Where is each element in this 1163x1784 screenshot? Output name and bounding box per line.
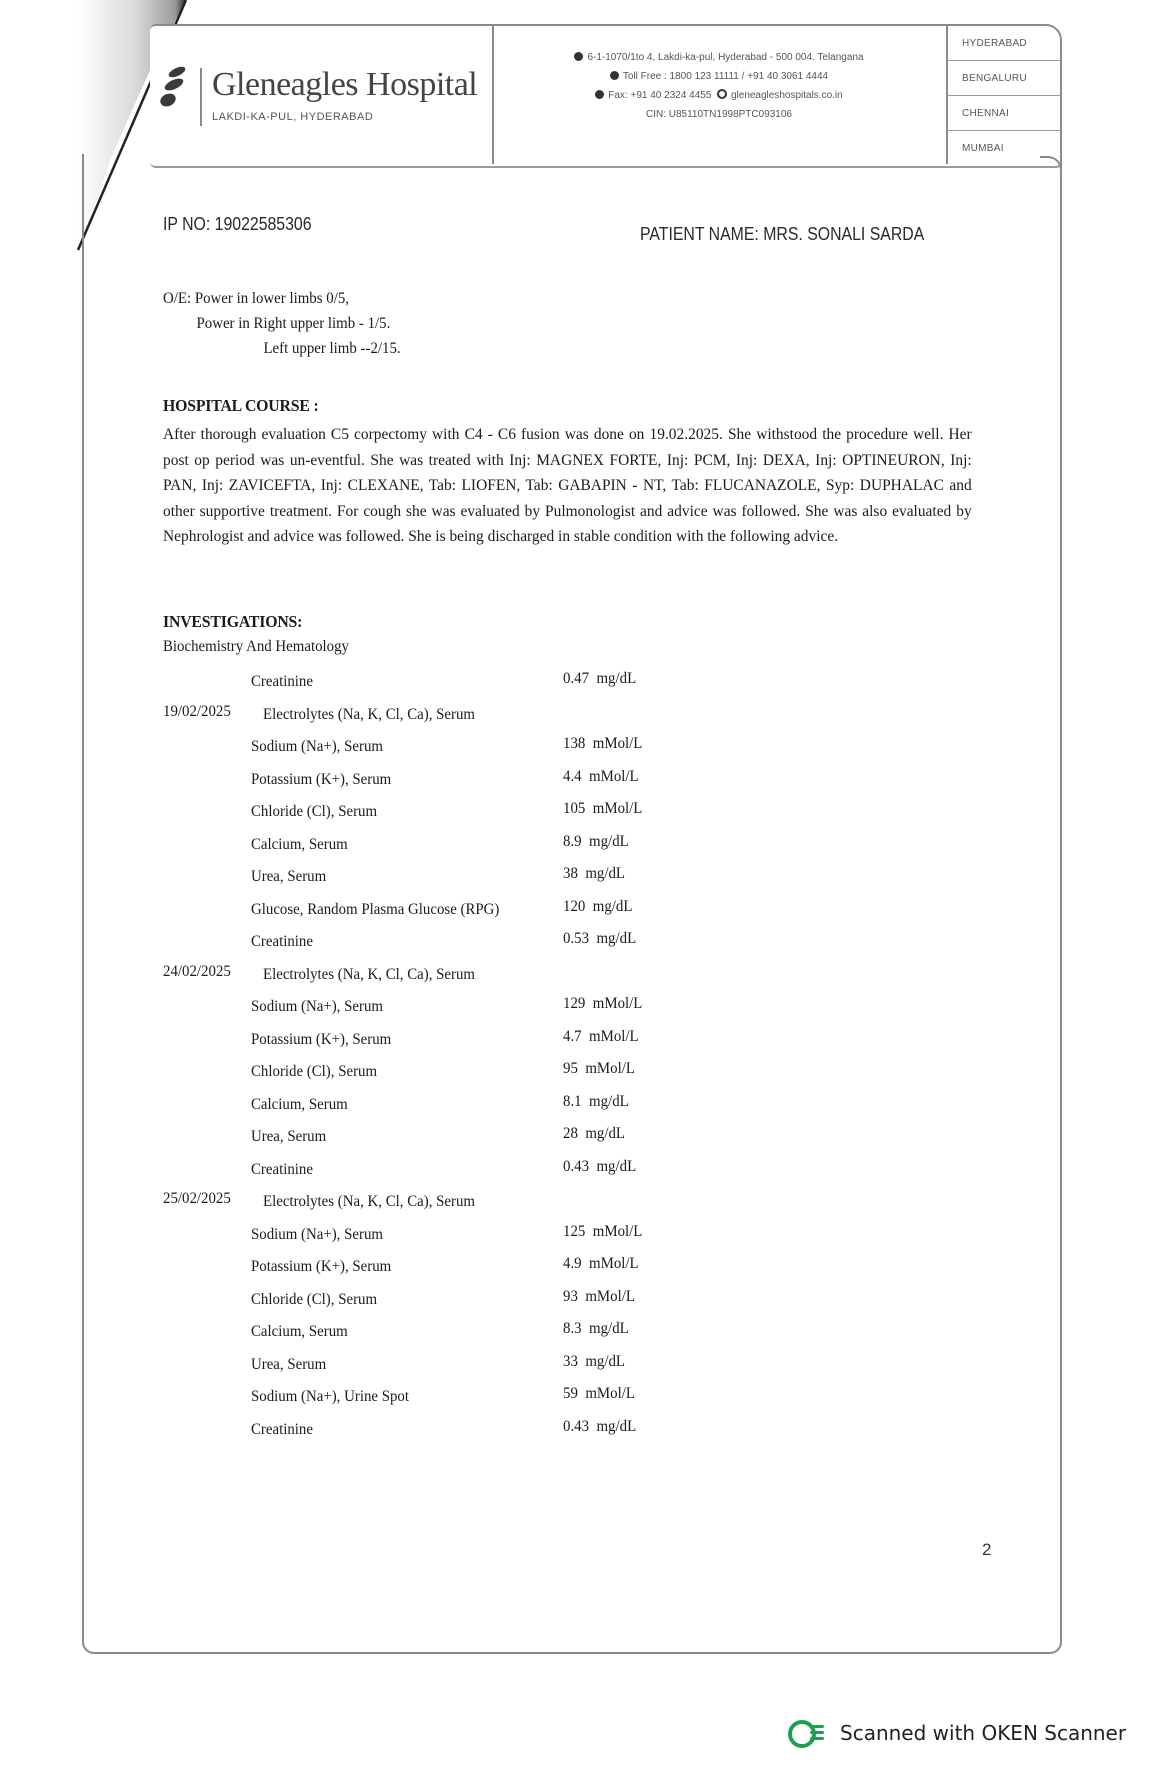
lab-test-name: Calcium, Serum (251, 833, 521, 856)
lab-value: 4.4 mMol/L (563, 768, 639, 786)
lab-test-name: Sodium (Na+), Serum (251, 995, 521, 1018)
hospital-logo: Gleneagles Hospital LAKDI-KA-PUL, HYDERA… (160, 58, 477, 126)
lab-test-name: Glucose, Random Plasma Glucose (RPG) (251, 898, 521, 921)
lab-test-name: Sodium (Na+), Serum (251, 735, 521, 758)
lab-value: 8.3 mg/dL (563, 1320, 629, 1338)
lab-value: 105 mMol/L (563, 800, 642, 818)
city-chennai: CHENNAI (948, 96, 1060, 131)
lab-value: 95 mMol/L (563, 1060, 635, 1078)
phone-icon (610, 71, 619, 80)
lab-result-row: Glucose, Random Plasma Glucose (RPG)120 … (163, 892, 703, 925)
lab-result-row: Creatinine0.53 mg/dL (163, 924, 703, 957)
lab-group-row: 24/02/2025Electrolytes (Na, K, Cl, Ca), … (163, 957, 703, 990)
website-link: gleneagleshospitals.co.in (731, 90, 843, 101)
globe-icon (717, 89, 727, 99)
hospital-location: LAKDI-KA-PUL, HYDERABAD (212, 111, 477, 123)
lab-test-name: Electrolytes (Na, K, Cl, Ca), Serum (263, 963, 533, 986)
lab-result-row: Chloride (Cl), Serum95 mMol/L (163, 1054, 703, 1087)
lab-value: 38 mg/dL (563, 865, 625, 883)
lab-test-name: Potassium (K+), Serum (251, 1255, 521, 1278)
address-line: 6-1-1070/1to 4, Lakdi-ka-pul, Hyderabad … (494, 48, 944, 67)
lab-result-row: Sodium (Na+), Urine Spot59 mMol/L (163, 1379, 703, 1412)
lab-result-row: Creatinine0.43 mg/dL (163, 1152, 703, 1185)
lab-test-name: Sodium (Na+), Serum (251, 1223, 521, 1246)
lab-value: 0.43 mg/dL (563, 1418, 636, 1436)
logo-divider (200, 68, 202, 126)
lab-result-row: Chloride (Cl), Serum105 mMol/L (163, 794, 703, 827)
lab-date: 25/02/2025 (163, 1190, 231, 1208)
examination-findings: O/E: Power in lower limbs 0/5, Power in … (163, 286, 401, 361)
lab-value: 129 mMol/L (563, 995, 642, 1013)
lab-test-name: Creatinine (251, 1418, 521, 1441)
fax-icon (595, 90, 604, 99)
lab-test-name: Calcium, Serum (251, 1320, 521, 1343)
lab-value: 28 mg/dL (563, 1125, 625, 1143)
lab-date: 24/02/2025 (163, 963, 231, 981)
lab-value: 93 mMol/L (563, 1288, 635, 1306)
contact-block: 6-1-1070/1to 4, Lakdi-ka-pul, Hyderabad … (492, 26, 944, 164)
lab-test-name: Electrolytes (Na, K, Cl, Ca), Serum (263, 703, 533, 726)
city-list: HYDERABAD BENGALURU CHENNAI MUMBAI (946, 26, 1060, 164)
lab-group-row: 19/02/2025Electrolytes (Na, K, Cl, Ca), … (163, 697, 703, 730)
lab-test-name: Potassium (K+), Serum (251, 1028, 521, 1051)
fax-web-line: Fax: +91 40 2324 4455 gleneagleshospital… (494, 86, 944, 105)
lab-result-row: Creatinine0.47 mg/dL (163, 664, 703, 697)
letterhead: Gleneagles Hospital LAKDI-KA-PUL, HYDERA… (150, 24, 1062, 168)
lab-value: 0.43 mg/dL (563, 1158, 636, 1176)
page-number: 2 (982, 1540, 991, 1560)
hospital-name: Gleneagles Hospital (212, 66, 477, 103)
lab-value: 138 mMol/L (563, 735, 642, 753)
lab-result-row: Calcium, Serum8.3 mg/dL (163, 1314, 703, 1347)
lab-result-row: Calcium, Serum8.1 mg/dL (163, 1087, 703, 1120)
hospital-course-heading: HOSPITAL COURSE : (163, 396, 319, 416)
lab-test-name: Potassium (K+), Serum (251, 768, 521, 791)
lab-result-row: Creatinine0.43 mg/dL (163, 1412, 703, 1445)
hospital-course-text: After thorough evaluation C5 corpectomy … (163, 422, 972, 550)
lab-results-table: Creatinine0.47 mg/dL19/02/2025Electrolyt… (163, 664, 703, 1444)
lab-value: 8.1 mg/dL (563, 1093, 629, 1111)
lab-result-row: Urea, Serum33 mg/dL (163, 1347, 703, 1380)
lab-test-name: Chloride (Cl), Serum (251, 800, 521, 823)
lab-test-name: Creatinine (251, 670, 521, 693)
patient-name: PATIENT NAME: MRS. SONALI SARDA (640, 224, 924, 245)
scanner-watermark-text: Scanned with OKEN Scanner (840, 1721, 1126, 1745)
exam-line-right-upper-limb: Power in Right upper limb - 1/5. (163, 311, 401, 336)
lab-result-row: Potassium (K+), Serum4.4 mMol/L (163, 762, 703, 795)
eagle-feather-icon (160, 66, 190, 126)
lab-test-name: Creatinine (251, 930, 521, 953)
lab-result-row: Urea, Serum38 mg/dL (163, 859, 703, 892)
lab-result-row: Sodium (Na+), Serum125 mMol/L (163, 1217, 703, 1250)
lab-result-row: Potassium (K+), Serum4.7 mMol/L (163, 1022, 703, 1055)
lab-test-name: Calcium, Serum (251, 1093, 521, 1116)
lab-result-row: Potassium (K+), Serum4.9 mMol/L (163, 1249, 703, 1282)
lab-value: 0.47 mg/dL (563, 670, 636, 688)
city-hyderabad: HYDERABAD (948, 26, 1060, 61)
lab-test-name: Sodium (Na+), Urine Spot (251, 1385, 521, 1408)
investigations-subtitle: Biochemistry And Hematology (163, 638, 349, 656)
lab-value: 0.53 mg/dL (563, 930, 636, 948)
lab-value: 59 mMol/L (563, 1385, 635, 1403)
lab-value: 125 mMol/L (563, 1223, 642, 1241)
lab-result-row: Sodium (Na+), Serum138 mMol/L (163, 729, 703, 762)
lab-test-name: Chloride (Cl), Serum (251, 1060, 521, 1083)
lab-value: 4.7 mMol/L (563, 1028, 639, 1046)
cin-line: CIN: U85110TN1998PTC093106 (494, 105, 944, 124)
ip-number: IP NO: 19022585306 (163, 214, 312, 235)
lab-value: 33 mg/dL (563, 1353, 625, 1371)
lab-group-row: 25/02/2025Electrolytes (Na, K, Cl, Ca), … (163, 1184, 703, 1217)
lab-value: 8.9 mg/dL (563, 833, 629, 851)
exam-line-lower-limbs: O/E: Power in lower limbs 0/5, (163, 286, 401, 311)
location-pin-icon (574, 52, 583, 61)
phone-line: Toll Free : 1800 123 11111 / +91 40 3061… (494, 67, 944, 86)
lab-test-name: Urea, Serum (251, 1353, 521, 1376)
lab-value: 4.9 mMol/L (563, 1255, 639, 1273)
lab-result-row: Chloride (Cl), Serum93 mMol/L (163, 1282, 703, 1315)
exam-line-left-upper-limb: Left upper limb --2/15. (163, 336, 401, 361)
lab-test-name: Electrolytes (Na, K, Cl, Ca), Serum (263, 1190, 533, 1213)
lab-result-row: Calcium, Serum8.9 mg/dL (163, 827, 703, 860)
investigations-heading: INVESTIGATIONS: (163, 612, 302, 632)
city-bengaluru: BENGALURU (948, 61, 1060, 96)
lab-test-name: Chloride (Cl), Serum (251, 1288, 521, 1311)
lab-result-row: Sodium (Na+), Serum129 mMol/L (163, 989, 703, 1022)
lab-test-name: Urea, Serum (251, 865, 521, 888)
lab-value: 120 mg/dL (563, 898, 632, 916)
scanner-watermark: Scanned with OKEN Scanner (788, 1720, 1126, 1746)
oken-scanner-logo-icon (788, 1720, 826, 1746)
lab-test-name: Urea, Serum (251, 1125, 521, 1148)
lab-test-name: Creatinine (251, 1158, 521, 1181)
lab-date: 19/02/2025 (163, 703, 231, 721)
lab-result-row: Urea, Serum28 mg/dL (163, 1119, 703, 1152)
